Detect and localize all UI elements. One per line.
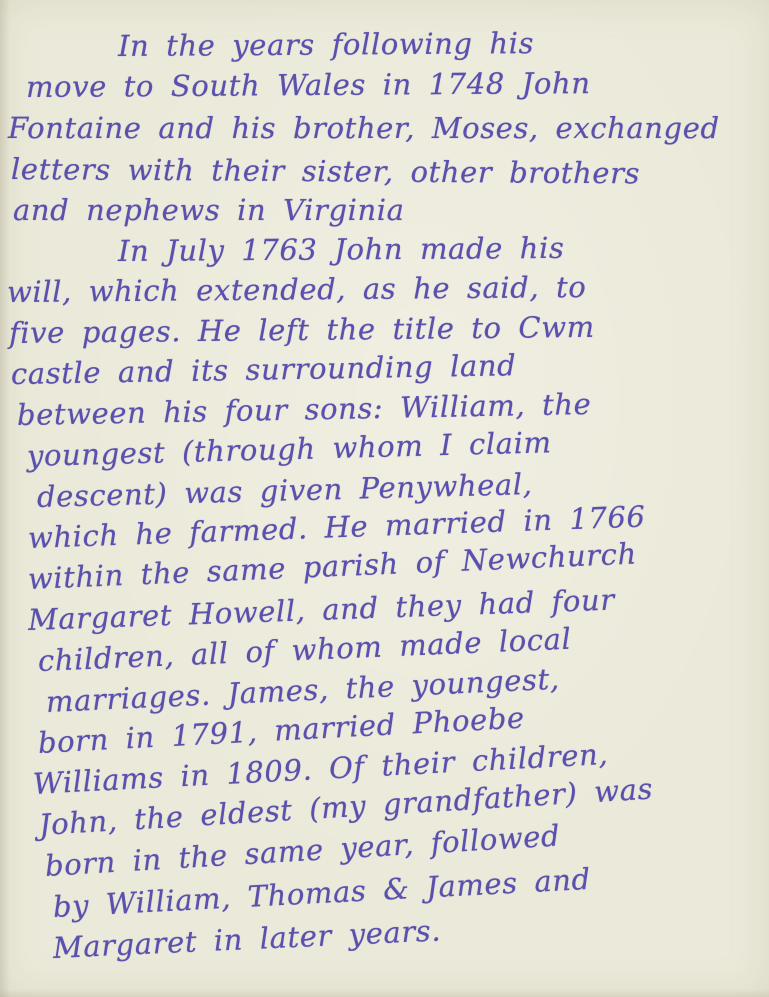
handwritten-page: In the years following his move to South… <box>0 0 769 997</box>
handwriting-line: letters with their sister, other brother… <box>11 149 769 195</box>
handwriting-line: In the years following his <box>118 21 769 67</box>
handwriting-line: move to South Wales in 1748 John <box>26 62 769 108</box>
handwriting-line: In July 1763 John made his <box>118 226 769 272</box>
handwriting-line: Fontaine and his brother, Moses, exchang… <box>8 108 769 149</box>
handwriting-line: and nephews in Virginia <box>13 190 769 231</box>
